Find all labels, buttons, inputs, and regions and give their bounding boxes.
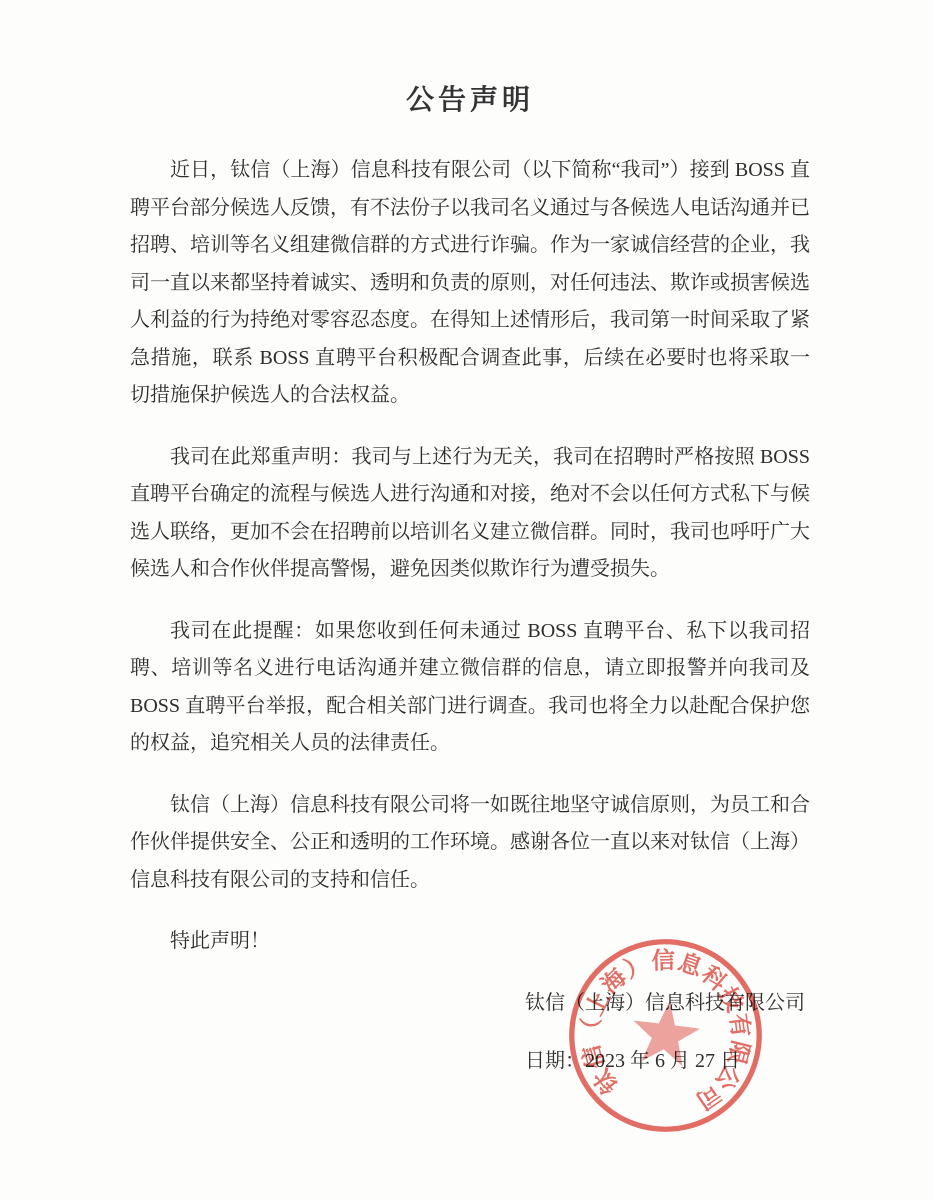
announcement-document: 公告声明 近日，钛信（上海）信息科技有限公司（以下简称“我司”）接到 BOSS …	[0, 0, 933, 1201]
signature-date: 日期：2023 年 6 月 27 日	[525, 1043, 810, 1081]
signature-block: 钛信（上海）信息科技有限公司 日期：2023 年 6 月 27 日	[525, 985, 810, 1081]
closing-statement: 特此声明！	[130, 923, 810, 961]
paragraph-commitment: 钛信（上海）信息科技有限公司将一如既往地坚守诚信原则，为员工和合作伙伴提供安全、…	[130, 787, 810, 900]
document-content: 公告声明 近日，钛信（上海）信息科技有限公司（以下简称“我司”）接到 BOSS …	[130, 80, 810, 1081]
paragraph-incident: 近日，钛信（上海）信息科技有限公司（以下简称“我司”）接到 BOSS 直聘平台部…	[130, 152, 810, 415]
page-title: 公告声明	[130, 80, 810, 122]
signature-company-name: 钛信（上海）信息科技有限公司	[525, 985, 810, 1023]
paragraph-declaration: 我司在此郑重声明：我司与上述行为无关，我司在招聘时严格按照 BOSS 直聘平台确…	[130, 439, 810, 589]
paragraph-reminder: 我司在此提醒：如果您收到任何未通过 BOSS 直聘平台、私下以我司招聘、培训等名…	[130, 613, 810, 763]
